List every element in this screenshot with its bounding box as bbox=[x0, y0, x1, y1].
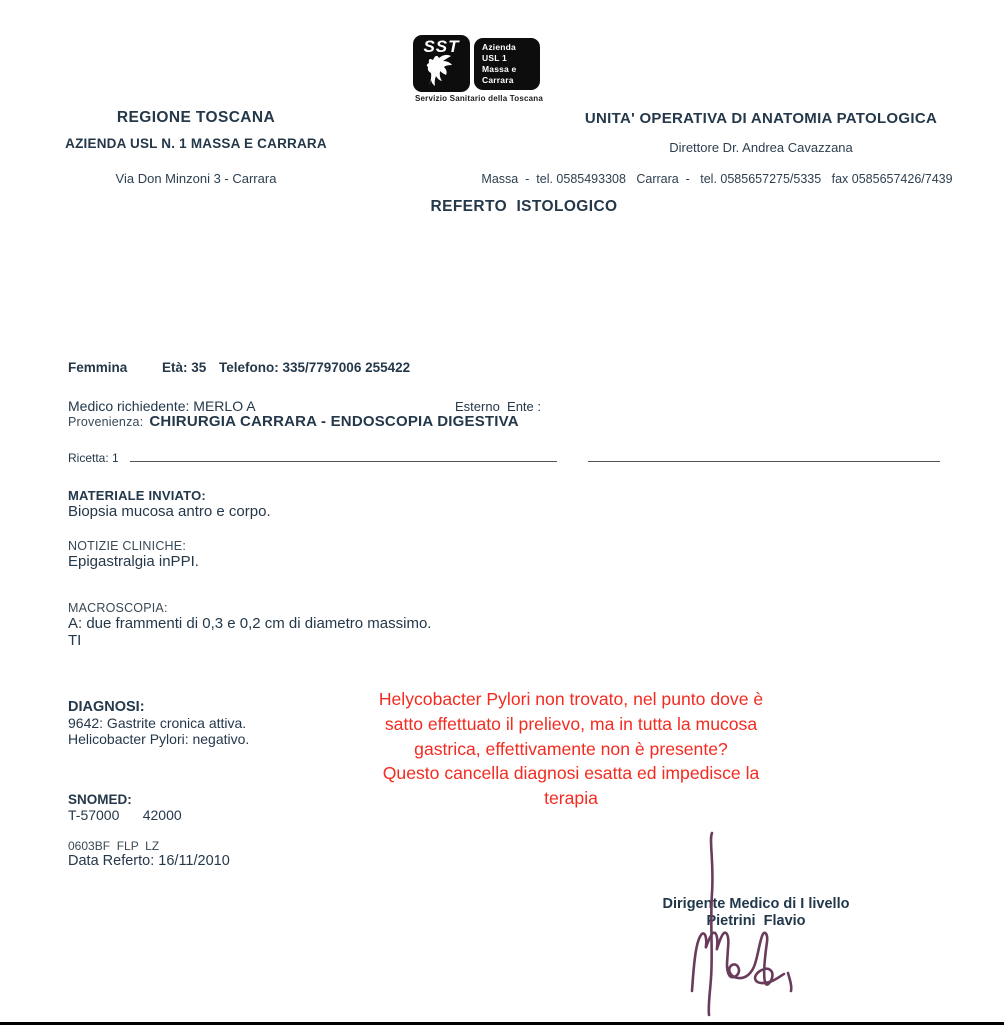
origin-label: Provenienza: bbox=[68, 415, 143, 429]
snomed-codes: T-57000 42000 bbox=[68, 807, 182, 823]
report-date-row: Data Referto: 16/11/2010 bbox=[68, 853, 230, 869]
annotation-line: gastrica, effettivamente non è presente? bbox=[320, 737, 822, 762]
azienda-logo-line: USL 1 bbox=[482, 53, 540, 64]
annotation-line: terapia bbox=[320, 786, 822, 811]
origin-value: CHIRURGIA CARRARA - ENDOSCOPIA DIGESTIVA bbox=[149, 413, 518, 430]
ricetta-label: Ricetta: 1 bbox=[68, 451, 119, 465]
azienda-name: AZIENDA USL N. 1 MASSA E CARRARA bbox=[36, 136, 356, 151]
logo-caption: Servizio Sanitario della Toscana bbox=[396, 94, 562, 103]
annotation-line: Helycobacter Pylori non trovato, nel pun… bbox=[320, 687, 822, 712]
annotation-line: Questo cancella diagnosi esatta ed imped… bbox=[320, 761, 822, 786]
sst-logo: SST bbox=[413, 35, 470, 92]
page-bottom-border bbox=[0, 1022, 1004, 1025]
second-blank-line bbox=[588, 461, 940, 462]
histology-report-page: SST Azienda USL 1 Massa e Carrara Serviz… bbox=[0, 0, 1004, 1030]
patient-age: Età: 35 bbox=[162, 360, 206, 375]
patient-phone: Telefono: 335/7797006 255422 bbox=[219, 360, 410, 375]
macroscopy-line2: TI bbox=[68, 632, 81, 649]
azienda-logo-line: Massa e bbox=[482, 64, 540, 75]
clinical-section-label: NOTIZIE CLINICHE: bbox=[68, 539, 186, 553]
report-date-value: 16/11/2010 bbox=[158, 853, 230, 869]
header-left: REGIONE TOSCANA AZIENDA USL N. 1 MASSA E… bbox=[36, 109, 356, 151]
diagnosis-line2: Helicobacter Pylori: negativo. bbox=[68, 731, 249, 747]
requesting-doctor-value: MERLO A bbox=[193, 398, 255, 414]
internal-code-line: 0603BF FLP LZ bbox=[68, 839, 159, 853]
address: Via Don Minzoni 3 - Carrara bbox=[36, 171, 356, 186]
material-text: Biopsia mucosa antro e corpo. bbox=[68, 503, 271, 520]
external-entity-label: Esterno Ente : bbox=[455, 399, 541, 414]
azienda-usl-logo: Azienda USL 1 Massa e Carrara bbox=[474, 38, 540, 90]
annotation-line: satto effettuato il prelievo, ma in tutt… bbox=[320, 712, 822, 737]
director-name: Direttore Dr. Andrea Cavazzana bbox=[525, 140, 997, 155]
contact-phones: Massa - tel. 0585493308 Carrara - tel. 0… bbox=[430, 172, 1004, 186]
ricetta-blank-line bbox=[130, 461, 557, 462]
diagnosis-line1: 9642: Gastrite cronica attiva. bbox=[68, 715, 246, 731]
report-title: REFERTO ISTOLOGICO bbox=[324, 198, 724, 216]
macroscopy-section-label: MACROSCOPIA: bbox=[68, 601, 168, 615]
handwritten-signature-icon bbox=[676, 823, 816, 1028]
reviewer-annotation: Helycobacter Pylori non trovato, nel pun… bbox=[320, 687, 822, 811]
requesting-doctor-label: Medico richiedente: bbox=[68, 398, 189, 414]
report-date-label: Data Referto: bbox=[68, 853, 154, 869]
origin-row: Provenienza:CHIRURGIA CARRARA - ENDOSCOP… bbox=[68, 413, 519, 431]
requesting-doctor-row: Medico richiedente: MERLO A bbox=[68, 398, 256, 414]
material-section-label: MATERIALE INVIATO: bbox=[68, 488, 206, 503]
azienda-logo-line: Carrara bbox=[482, 75, 540, 86]
region-name: REGIONE TOSCANA bbox=[36, 109, 356, 127]
operative-unit-name: UNITA' OPERATIVA DI ANATOMIA PATOLOGICA bbox=[525, 110, 997, 127]
diagnosis-section-label: DIAGNOSI: bbox=[68, 699, 145, 715]
clinical-text: Epigastralgia inPPI. bbox=[68, 553, 199, 570]
patient-sex: Femmina bbox=[68, 360, 127, 375]
header-right: UNITA' OPERATIVA DI ANATOMIA PATOLOGICA … bbox=[525, 110, 997, 155]
macroscopy-line1: A: due frammenti di 0,3 e 0,2 cm di diam… bbox=[68, 615, 431, 632]
azienda-logo-line: Azienda bbox=[482, 42, 540, 53]
snomed-section-label: SNOMED: bbox=[68, 792, 132, 807]
